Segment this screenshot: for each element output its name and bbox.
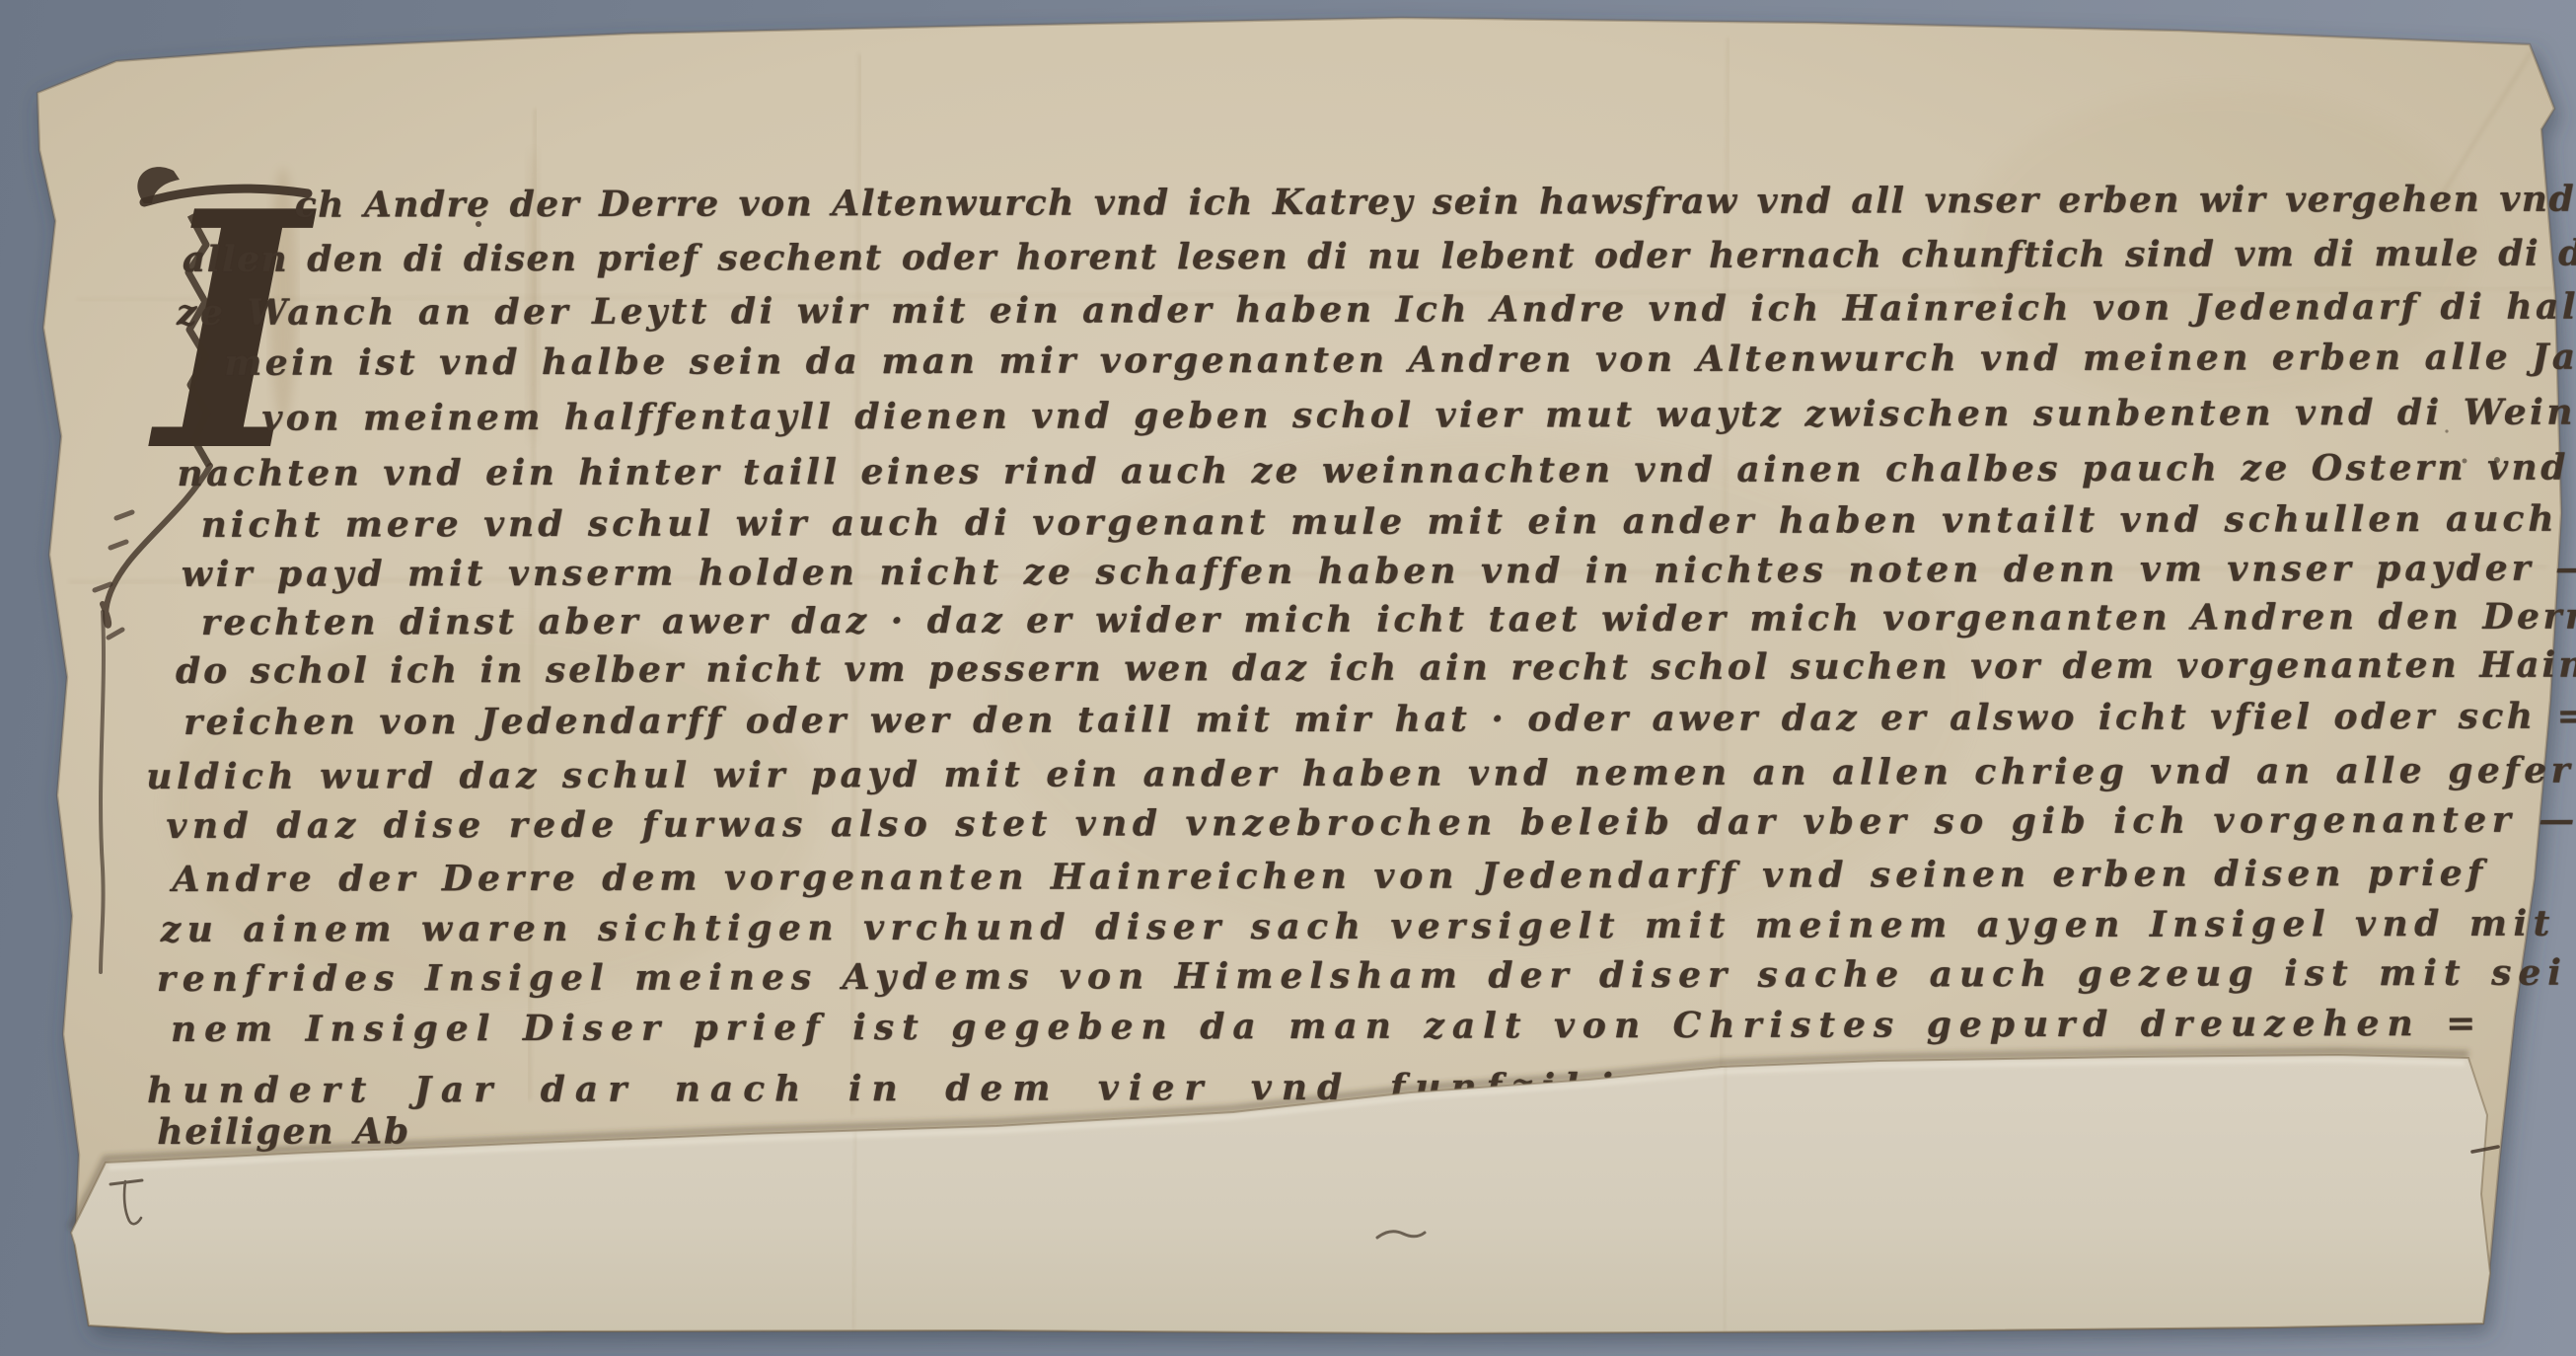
manuscript-line-14: Andre der Derre dem vorgenanten Hainreic…: [172, 852, 2487, 901]
manuscript-line-16: renfrides Insigel meines Aydems von Hime…: [157, 950, 2576, 1001]
manuscript-line-13: vnd daz dise rede furwas also stet vnd v…: [166, 798, 2576, 848]
manuscript-text: ch Andre der Derre von Altenwurch vnd ic…: [0, 0, 2576, 1356]
manuscript-line-4: mein ist vnd halbe sein da man mir vorge…: [224, 335, 2576, 384]
manuscript-line-3: ze Wanch an der Leytt di wir mit ein and…: [177, 284, 2576, 335]
manuscript-line-11: reichen von Jedendarff oder wer den tail…: [184, 695, 2576, 744]
manuscript-line-7: nicht mere vnd schul wir auch di vorgena…: [201, 496, 2576, 546]
manuscript-line-17: nem Insigel Diser prief ist gegeben da m…: [171, 1002, 2483, 1051]
manuscript-line-19: heiligen Ab: [157, 1109, 410, 1154]
manuscript-line-5: von meinem halffentayll dienen vnd geben…: [261, 390, 2576, 439]
manuscript-line-10: do schol ich in selber nicht vm pessern …: [176, 642, 2576, 693]
manuscript-line-1: ch Andre der Derre von Altenwurch vnd ic…: [295, 177, 2576, 227]
manuscript-line-8: wir payd mit vnserm holden nicht ze scha…: [182, 547, 2576, 596]
manuscript-line-15: zu ainem waren sichtigen vrchund diser s…: [161, 901, 2576, 951]
manuscript-line-12: uldich wurd daz schul wir payd mit ein a…: [146, 749, 2574, 798]
manuscript-line-18: hundert Jar dar nach in dem vier vnd fun…: [147, 1064, 1978, 1112]
manuscript-line-6: nachten vnd ein hinter taill eines rind …: [177, 446, 2568, 495]
manuscript-line-2: allen den di disen prief sechent oder ho…: [183, 231, 2576, 281]
photograph-background: I ch Andre der Derre von Altenwurch vnd …: [0, 0, 2576, 1356]
manuscript-line-9: rechten dinst aber awer daz · daz er wid…: [201, 594, 2576, 643]
